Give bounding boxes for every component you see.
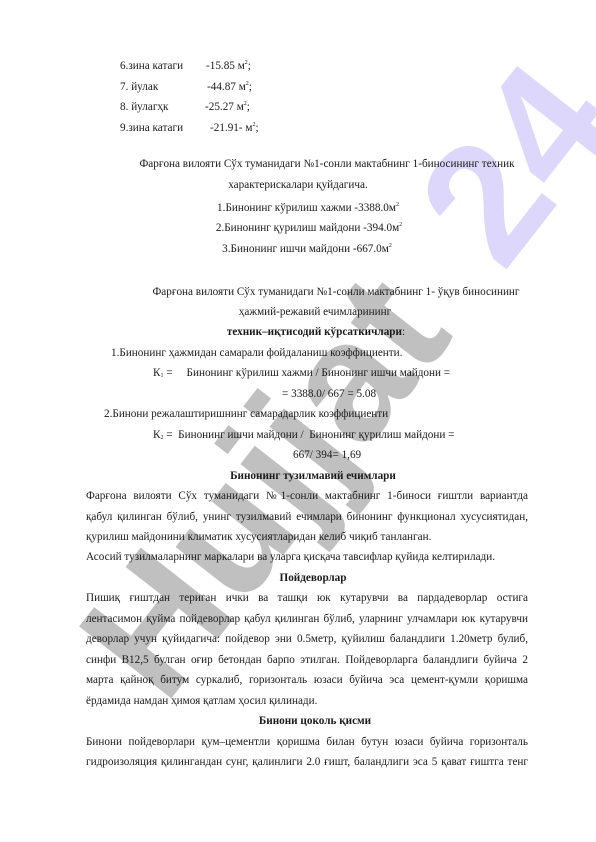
punct: ; <box>247 101 250 113</box>
area-value: -21.91- м <box>210 122 253 134</box>
section2-title-line1: Фарғона вилояти Сўх туманидаги №1-сонли … <box>0 285 596 299</box>
item-text: 3.Бинонинг ишчи майдони -667.0м <box>222 243 389 255</box>
section1-item: 2.Бинонинг қурилиш майдони -394.0м2 <box>0 218 596 235</box>
superscript: 2 <box>396 202 399 208</box>
area-label: 7. йулак <box>120 80 207 94</box>
area-item: 8. йулагҳк-25.27 м2; <box>120 97 250 114</box>
section1-item: 3.Бинонинг ишчи майдони -667.0м2 <box>0 239 596 256</box>
area-label: 8. йулагҳк <box>120 100 205 114</box>
coefficient1-formula: К1 = Бинонинг кўрилиш хажми / Бинонинг и… <box>153 366 450 383</box>
paragraph-line: деворлар учун қуйидагича: пойдевор эни 0… <box>86 632 528 646</box>
superscript: 2 <box>399 222 402 228</box>
coefficient2-title: 2.Бинони режалаштиришнинг самарадарлик к… <box>104 407 388 421</box>
area-item: 6.зина катаги-15.85 м2; <box>120 56 251 73</box>
paragraph-line: Пишиқ ғиштдан териган ички ва ташқи юк к… <box>86 591 528 605</box>
coefficient2-formula: К2 = Бинонинг ишчи майдони / Бинонинг қу… <box>153 428 455 445</box>
punct: : <box>402 326 405 338</box>
paragraph-line: марта қайноқ битум суркалиб, горизонталь… <box>86 673 528 687</box>
paragraph-line: гидроизоляция қилингандан сунг, қалинлиг… <box>86 755 528 769</box>
area-item: 7. йулак-44.87 м2; <box>120 77 252 94</box>
section2-title-line2: ҳажмий-режавий ечимларининг <box>0 305 596 319</box>
paragraph-line: Фарғона вилояти Сўх туманидаги №1-сонли … <box>86 489 528 503</box>
coefficient2-result: 667/ 394= 1,69 <box>293 448 361 462</box>
document-page: Hujjat 24 6.зина катаги-15.85 м2; 7. йул… <box>0 0 596 842</box>
coefficient1-result: = 3388.0/ 667 = 5.08 <box>282 387 376 401</box>
paragraph-line: қурилиш майдонини климатик хусусиятларид… <box>86 530 528 544</box>
paragraph-line: Бинони пойдеворлари қум–цементли қоришма… <box>86 735 528 749</box>
paragraph-line: Асосий тузилмаларнинг маркалари ва уларг… <box>86 550 528 564</box>
paragraph-line: лентасимон қуйма пойдеворлар қабул қилин… <box>86 612 528 626</box>
section1-title-line1: Фарғона вилояти Сўх туманидаги №1-сонли … <box>0 157 596 171</box>
area-value: -15.85 м <box>206 60 245 72</box>
area-label: 9.зина катаги <box>120 121 210 135</box>
superscript: 2 <box>389 243 392 249</box>
section5-heading: Бинони цоколь қисми <box>0 714 596 728</box>
section2-title-line3: техник–иқтисодий кўрсаткичлари: <box>0 325 596 339</box>
item-text: 2.Бинонинг қурилиш майдони -394.0м <box>216 222 399 234</box>
area-value: -25.27 м <box>205 101 244 113</box>
section1-title-line2: характерискалари қуйдагича. <box>0 178 596 192</box>
formula-text: = Бинонинг кўрилиш хажми / Бинонинг ишчи… <box>163 367 450 379</box>
item-text: 1.Бинонинг кўрилиш хажми -3388.0м <box>217 202 396 214</box>
section1-item: 1.Бинонинг кўрилиш хажми -3388.0м2 <box>0 198 596 215</box>
section4-heading: Пойдеворлар <box>0 571 596 585</box>
paragraph-line: синфи В12,5 булган оғир бетондан барпо э… <box>86 653 528 667</box>
formula-text: = Бинонинг ишчи майдони / Бинонинг қурил… <box>163 429 454 441</box>
coefficient1-title: 1.Бинонинг ҳажмидан самарали фойдаланиш … <box>111 346 402 360</box>
area-value: -44.87 м <box>207 81 246 93</box>
punct: ; <box>249 81 252 93</box>
bold-heading: техник–иқтисодий кўрсаткичлари <box>227 326 402 338</box>
area-label: 6.зина катаги <box>120 59 206 73</box>
punct: ; <box>256 122 259 134</box>
area-item: 9.зина катаги-21.91- м2; <box>120 118 259 135</box>
section3-heading: Бинонинг тузилмавий ечимлари <box>0 469 596 483</box>
punct: ; <box>248 60 251 72</box>
paragraph-line: қабул қилинган бўлиб, унинг тузилмавий е… <box>86 510 528 524</box>
paragraph-line: ёрдамида намдан ҳимоя қатлам ҳосил қилин… <box>86 694 528 708</box>
